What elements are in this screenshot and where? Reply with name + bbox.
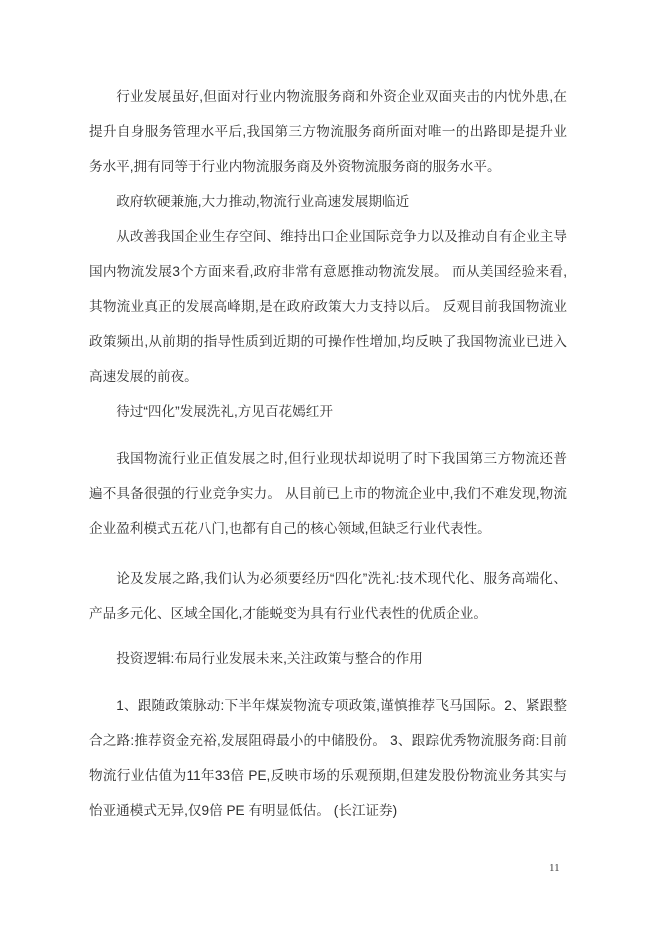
paragraph-stock-recommendations: 1、跟随政策脉动:下半年煤炭物流专项政策,谨慎推荐飞马国际。2、紧跟整合之路:推…: [89, 688, 567, 828]
paragraph-industry-outlook: 行业发展虽好,但面对行业内物流服务商和外资企业双面夹击的内忧外患,在提升自身服务…: [89, 79, 567, 184]
paragraph-development-path: 论及发展之路,我们认为必须要经历“四化”洗礼:技术现代化、服务高端化、产品多元化…: [89, 561, 567, 631]
heading-four-modernizations: 待过“四化”发展洗礼,方见百花嫣红开: [89, 394, 567, 429]
page-number: 11: [549, 861, 560, 875]
heading-investment-logic: 投资逻辑:布局行业发展未来,关注政策与整合的作用: [89, 641, 567, 676]
document-page: 行业发展虽好,但面对行业内物流服务商和外资企业双面夹击的内忧外患,在提升自身服务…: [0, 0, 661, 935]
heading-government-push: 政府软硬兼施,大力推动,物流行业高速发展期临近: [89, 184, 567, 219]
paragraph-industry-competitiveness: 我国物流行业正值发展之时,但行业现状却说明了时下我国第三方物流还普遍不具备很强的…: [89, 441, 567, 546]
paragraph-policy-support: 从改善我国企业生存空间、维持出口企业国际竞争力以及推动自有企业主导国内物流发展3…: [89, 219, 567, 394]
document-body: 行业发展虽好,但面对行业内物流服务商和外资企业双面夹击的内忧外患,在提升自身服务…: [89, 79, 567, 828]
